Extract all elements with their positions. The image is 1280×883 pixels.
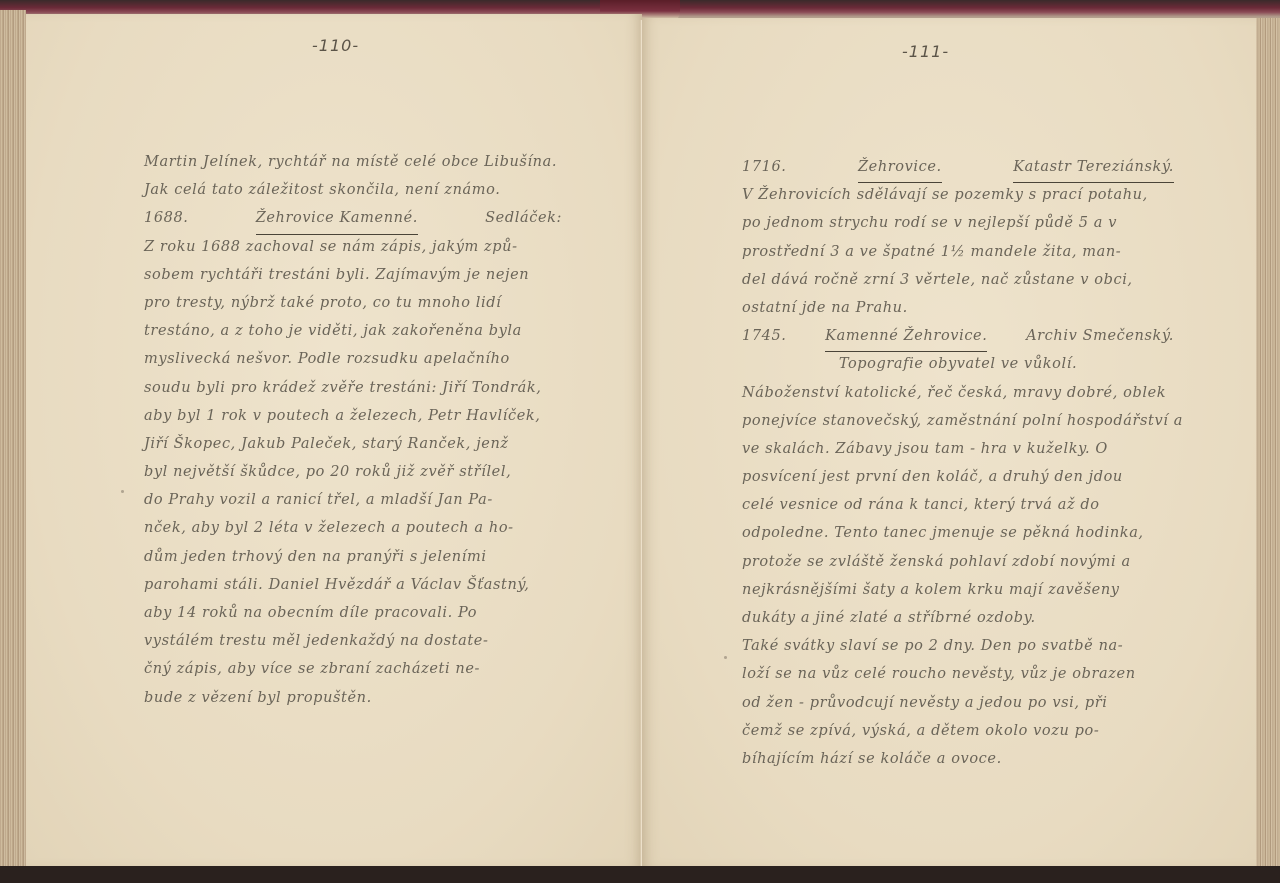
text-line: čný zápis, aby více se zbraní zacházeti … — [144, 655, 562, 683]
entry-title: Žehrovice Kamenné. — [256, 204, 418, 234]
text-line: nejkrásnějšími šaty a kolem krku mají za… — [742, 576, 1174, 604]
text-line: trestáno, a z toho je viděti, jak zakoře… — [144, 317, 562, 345]
text-line: del dává ročně zrní 3 věrtele, nač zůsta… — [742, 266, 1174, 294]
text-line: ponejvíce stanovečský, zaměstnání polní … — [742, 407, 1174, 435]
entry-title: Žehrovice. — [858, 153, 942, 183]
page-edges-left — [0, 10, 26, 870]
book-shadow-bottom — [0, 866, 1280, 883]
page-edges-right — [1256, 18, 1280, 870]
text-line: dům jeden trhový den na pranýři s jelení… — [144, 543, 562, 571]
text-line: ve skalách. Zábavy jsou tam - hra v kuže… — [742, 435, 1174, 463]
section-subtitle: Topografie obyvatel ve vůkolí. — [742, 350, 1174, 378]
entry-source: Archiv Smečenský. — [1026, 322, 1174, 350]
entry-heading: 1716. Žehrovice. Katastr Tereziánský. — [742, 153, 1174, 181]
text-line: ostatní jde na Prahu. — [742, 294, 1174, 322]
text-line: Jak celá tato záležitost skončila, není … — [144, 176, 562, 204]
text-line: protože se zvláště ženská pohlaví zdobí … — [742, 548, 1174, 576]
text-line: aby byl 1 rok v poutech a železech, Petr… — [144, 402, 562, 430]
text-line: pro tresty, nýbrž také proto, co tu mnoh… — [144, 289, 562, 317]
text-line: Z roku 1688 zachoval se nám zápis, jakým… — [144, 233, 562, 261]
paper-speck — [724, 656, 727, 659]
right-page: -111- 1716. Žehrovice. Katastr Tereziáns… — [642, 18, 1256, 866]
text-line: nček, aby byl 2 léta v železech a poutec… — [144, 514, 562, 542]
text-line: vystálém trestu měl jedenkaždý na dostat… — [144, 627, 562, 655]
text-line: prostřední 3 a ve špatné 1½ mandele žita… — [742, 238, 1174, 266]
text-line: parohami stáli. Daniel Hvězdář a Václav … — [144, 571, 562, 599]
text-line: byl největší škůdce, po 20 roků již zvěř… — [144, 458, 562, 486]
text-line: po jednom strychu rodí se v nejlepší půd… — [742, 209, 1174, 237]
text-line: Také svátky slaví se po 2 dny. Den po sv… — [742, 632, 1174, 660]
text-line: Náboženství katolické, řeč česká, mravy … — [742, 379, 1174, 407]
text-line: posvícení jest první den koláč, a druhý … — [742, 463, 1174, 491]
text-line: čemž se zpívá, výská, a dětem okolo vozu… — [742, 717, 1174, 745]
page-number: -110- — [312, 36, 359, 55]
text-line: Jiří Škopec, Jakub Paleček, starý Ranček… — [144, 430, 562, 458]
entry-source: Sedláček: — [485, 204, 562, 232]
paper-speck — [121, 490, 124, 493]
text-line: do Prahy vozil a ranicí třel, a mladší J… — [144, 486, 562, 514]
entry-heading: 1688. Žehrovice Kamenné. Sedláček: — [144, 204, 562, 232]
text-line: odpoledne. Tento tanec jmenuje se pěkná … — [742, 519, 1174, 547]
entry-source: Katastr Tereziánský. — [1013, 153, 1174, 183]
text-line: bíhajícím hází se koláče a ovoce. — [742, 745, 1174, 773]
entry-heading: 1745. Kamenné Žehrovice. Archiv Smečensk… — [742, 322, 1174, 350]
text-line: Martin Jelínek, rychtář na místě celé ob… — [144, 148, 562, 176]
text-line: V Žehrovicích sdělávají se pozemky s pra… — [742, 181, 1174, 209]
page-number: -111- — [902, 42, 949, 61]
left-page: -110- Martin Jelínek, rychtář na místě c… — [26, 14, 642, 866]
entry-year: 1745. — [742, 322, 787, 350]
text-line: loží se na vůz celé roucho nevěsty, vůz … — [742, 660, 1174, 688]
entry-title: Kamenné Žehrovice. — [825, 322, 987, 352]
text-line: celé vesnice od rána k tanci, který trvá… — [742, 491, 1174, 519]
text-line: dukáty a jiné zlaté a stříbrné ozdoby. — [742, 604, 1174, 632]
left-page-text: Martin Jelínek, rychtář na místě celé ob… — [144, 148, 562, 712]
text-line: aby 14 roků na obecním díle pracovali. P… — [144, 599, 562, 627]
text-line: sobem rychtáři trestáni byli. Zajímavým … — [144, 261, 562, 289]
text-line: myslivecká nešvor. Podle rozsudku apelač… — [144, 345, 562, 373]
right-page-text: 1716. Žehrovice. Katastr Tereziánský. V … — [742, 153, 1174, 773]
text-line: soudu byli pro krádež zvěře trestáni: Ji… — [144, 374, 562, 402]
entry-year: 1716. — [742, 153, 787, 181]
entry-year: 1688. — [144, 204, 189, 232]
text-line: od žen - průvodcují nevěsty a jedou po v… — [742, 689, 1174, 717]
text-line: bude z vězení byl propuštěn. — [144, 684, 562, 712]
